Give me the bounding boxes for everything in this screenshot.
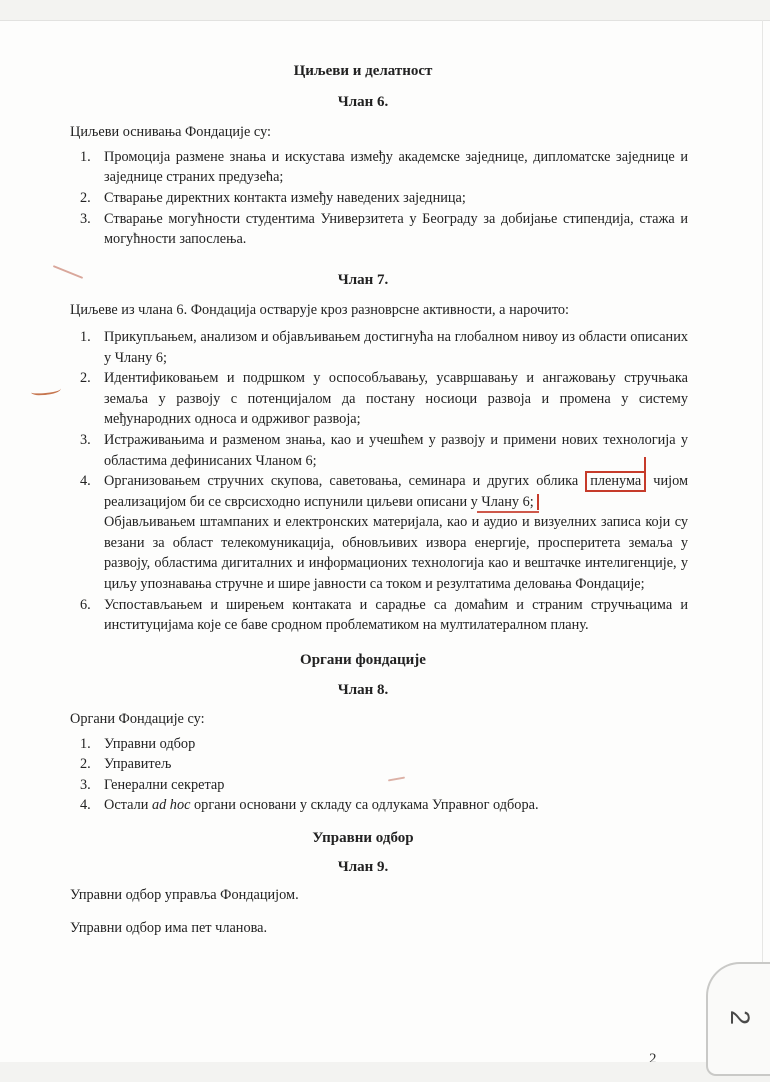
list-item-number: 1. <box>80 147 91 168</box>
list-item: 2. Управитељ <box>38 754 688 775</box>
page-number-tab[interactable]: 2 <box>706 962 770 1076</box>
page-edge-line <box>762 20 763 1062</box>
list-item-text: Идентификовањем и подршком у оспособљава… <box>104 368 688 430</box>
document-content: Циљеви и делатност Члан 6. Циљеви оснива… <box>0 21 770 938</box>
section-heading-organs: Органи фондације <box>38 650 688 671</box>
list-item: 1. Промоција размене знања и искустава и… <box>38 147 688 188</box>
list-item-text: Управитељ <box>104 754 688 775</box>
list-item-text: Промоција размене знања и искустава изме… <box>104 147 688 188</box>
clause-6-intro: Циљеви оснивања Фондације су: <box>38 122 688 143</box>
list-item-number: 4. <box>80 795 91 816</box>
clause-8-list: 1. Управни одбор 2. Управитељ 3. Генерал… <box>38 734 688 816</box>
red-pen-boxed-word: пленума <box>585 471 646 492</box>
scanned-document-view: { "viewer": { "tab_number": "2", "bottom… <box>0 0 770 1082</box>
list-item: 4. Остали ad hoc органи основани у склад… <box>38 795 688 816</box>
list-item: 3. Истраживањима и разменом знања, као и… <box>38 430 688 471</box>
list-item: 2. Стварање директних контакта између на… <box>38 188 688 209</box>
list-item-text: Организовањем стручних скупова, саветова… <box>104 471 688 512</box>
list-item-number: 3. <box>80 430 91 451</box>
list-item-number: 1. <box>80 734 91 755</box>
list-item-number: 2. <box>80 368 91 389</box>
list-item-text: Стварање директних контакта између навед… <box>104 188 688 209</box>
list-item-number: 6. <box>80 595 91 616</box>
item-text-before: Остали <box>104 797 148 813</box>
list-item-number: 3. <box>80 209 91 230</box>
clause-7-intro: Циљеве из члана 6. Фондација остварује к… <box>38 300 688 321</box>
document-page: Циљеви и делатност Члан 6. Циљеви оснива… <box>0 20 770 1062</box>
list-item-text: Објављивањем штампаних и електронских ма… <box>104 512 688 594</box>
page-number-tab-label: 2 <box>724 1010 755 1025</box>
list-item-unnumbered: Објављивањем штампаних и електронских ма… <box>38 512 688 594</box>
item-text-after: органи основани у складу са одлукама Упр… <box>194 797 539 813</box>
clause-7-title: Члан 7. <box>38 270 688 291</box>
list-item-text: Управни одбор <box>104 734 688 755</box>
clause-9-para-1: Управни одбор управља Фондацијом. <box>38 885 688 906</box>
red-pen-marked-phrase: Члану 6; <box>481 494 538 510</box>
list-item-number: 4. <box>80 471 91 492</box>
list-item: 3. Генерални секретар <box>38 775 688 796</box>
latin-phrase-ad-hoc: ad hoc <box>152 797 191 813</box>
section-heading-goals: Циљеви и делатност <box>38 61 688 82</box>
list-item: 2. Идентификовањем и подршком у оспособљ… <box>38 368 688 430</box>
clause-8-intro: Органи Фондације су: <box>38 709 688 730</box>
list-item-text: Остали ad hoc органи основани у складу с… <box>104 795 688 816</box>
list-item-text: Истраживањима и разменом знања, као и уч… <box>104 430 688 471</box>
list-item: 1. Управни одбор <box>38 734 688 755</box>
list-item-number: 2. <box>80 188 91 209</box>
list-item-number: 1. <box>80 327 91 348</box>
list-item-number: 3. <box>80 775 91 796</box>
clause-9-para-2: Управни одбор има пет чланова. <box>38 918 688 939</box>
page-number-bottom: 2 <box>649 1051 657 1062</box>
list-item-annotated: 4. Организовањем стручних скупова, савет… <box>38 471 688 512</box>
clause-9-title: Члан 9. <box>38 857 688 878</box>
clause-6-list: 1. Промоција размене знања и искустава и… <box>38 147 688 250</box>
list-item-number: 2. <box>80 754 91 775</box>
list-item-text: Прикупљањем, анализом и објављивањем дос… <box>104 327 688 368</box>
list-item: 1. Прикупљањем, анализом и објављивањем … <box>38 327 688 368</box>
list-item: 3. Стварање могућности студентима Универ… <box>38 209 688 250</box>
list-item-text: Стварање могућности студентима Универзит… <box>104 209 688 250</box>
list-item-text: Успостављањем и ширењем контаката и сара… <box>104 595 688 636</box>
clause-7-list: 1. Прикупљањем, анализом и објављивањем … <box>38 327 688 636</box>
item4-text-before: Организовањем стручних скупова, саветова… <box>104 473 578 489</box>
section-heading-board: Управни одбор <box>38 828 688 849</box>
clause-6-title: Члан 6. <box>38 92 688 113</box>
clause-8-title: Члан 8. <box>38 680 688 701</box>
list-item: 6. Успостављањем и ширењем контаката и с… <box>38 595 688 636</box>
